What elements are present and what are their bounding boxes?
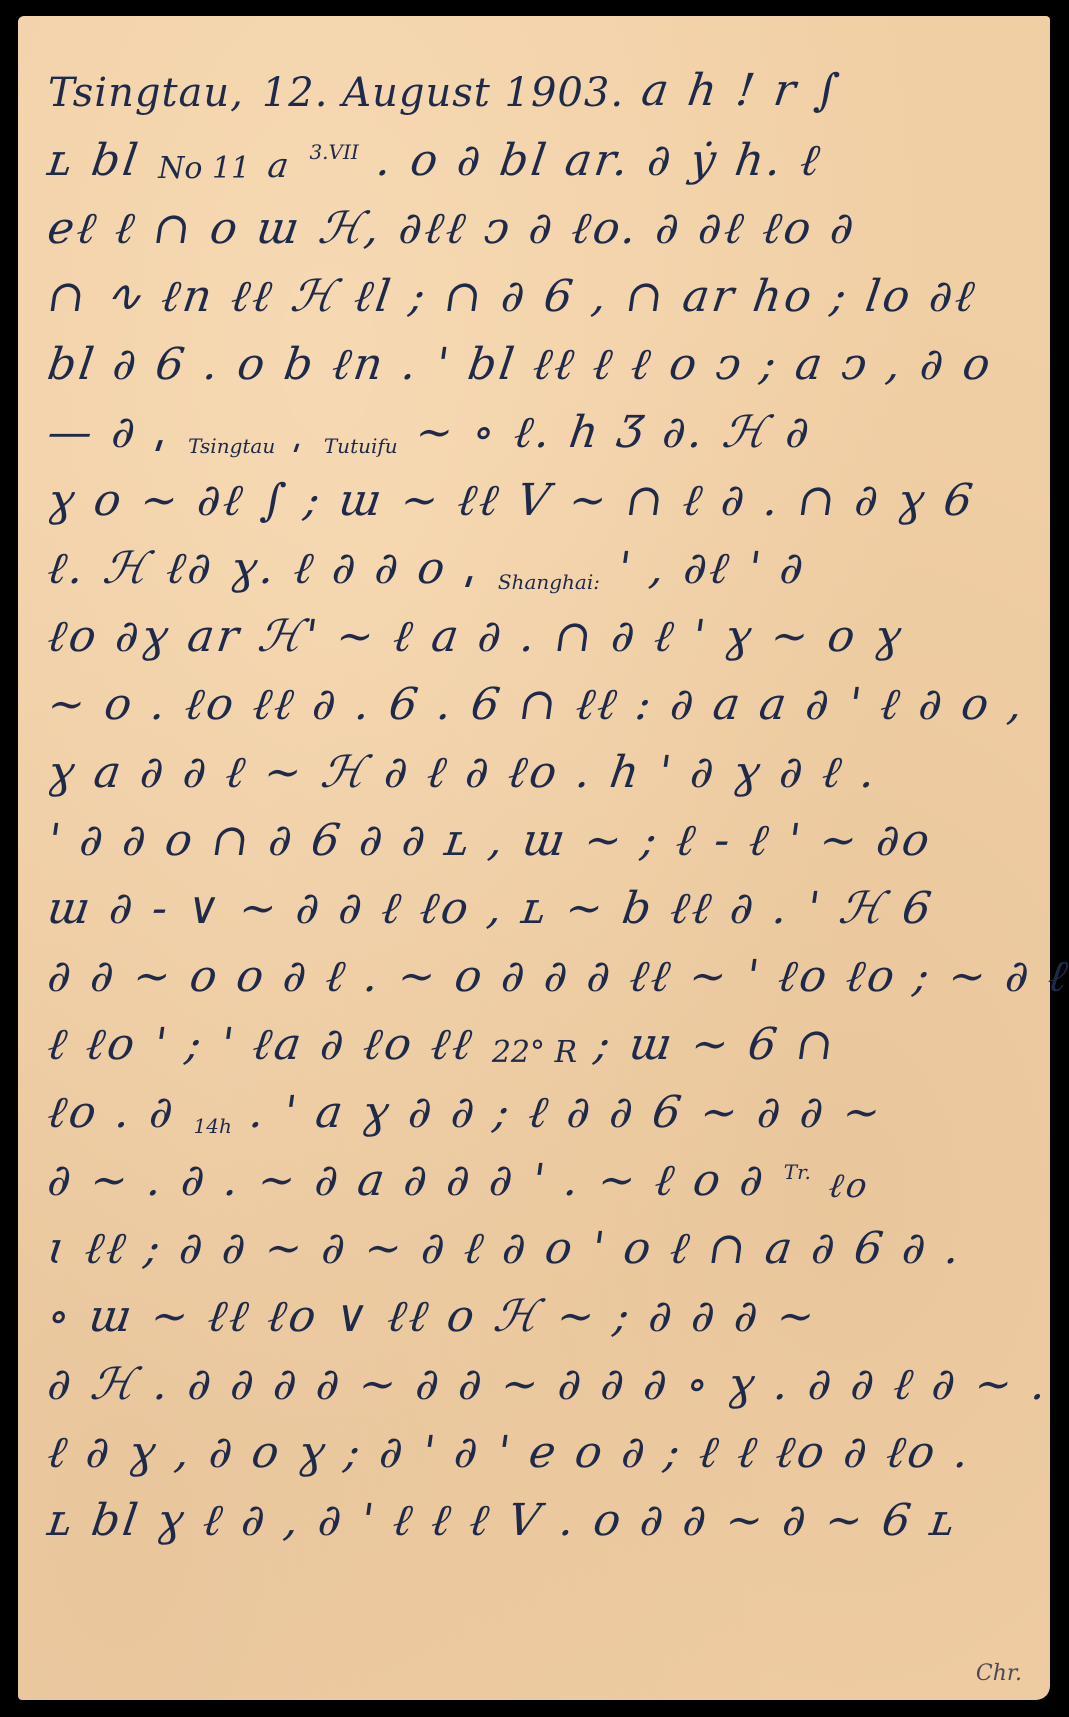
text-line-3: ∩ ∿ ℓn ℓℓ ℋ ℓl ; ∩ ∂ 6 , ∩ ar ho ; lo ∂ℓ — [48, 252, 1026, 322]
text-line-7: ℓ. ℋ ℓ∂ ɣ. ℓ ∂ ∂ o ˌ Shanghai: ' , ∂ℓ ' … — [48, 524, 1026, 594]
signature: Chr. — [976, 1661, 1022, 1686]
text-line-14: ℓ ℓo ' ; ' ℓa ∂ ℓo ℓℓ 22° R ; ɯ ∼ 6 ∩ — [48, 1000, 1026, 1070]
text-line-21: ʟ bl ɣ ℓ ∂ , ∂ ' ℓ ℓ ℓ V . o ∂ ∂ ∼ ∂ ∼ 6… — [48, 1476, 1026, 1546]
shorthand-text: ɯ ∂ - ∨ ∼ ∂ ∂ ℓ ℓo , ʟ ∼ b ℓℓ ∂ . ' ℋ 6 — [44, 883, 937, 934]
text-line-17: ɩ ℓℓ ; ∂ ∂ ∼ ∂ ∼ ∂ ℓ ∂ o ' o ℓ ∩ a ∂ 6 ∂… — [48, 1204, 1026, 1274]
shorthand-text: ℓ. ℋ ℓ∂ ɣ. ℓ ∂ ∂ o ˌ — [44, 543, 483, 594]
shorthand-text: eℓ ℓ ∩ o ɯ ℋ, ∂ℓℓ ↄ ∂ ℓo. ∂ ∂ℓ ℓo ∂ — [44, 203, 859, 254]
shorthand-text: ∘ ɯ ∼ ℓℓ ℓo ∨ ℓℓ o ℋ ∼ ; ∂ ∂ ∂ ∼ — [44, 1291, 820, 1342]
shorthand-text: a — [265, 146, 294, 186]
shorthand-text: ∂ ∂ ∼ o o ∂ ℓ . ∼ o ∂ ∂ ∂ ℓℓ ∼ ' ℓo ℓo ;… — [44, 951, 1069, 1002]
text-line-18: ∘ ɯ ∼ ℓℓ ℓo ∨ ℓℓ o ℋ ∼ ; ∂ ∂ ∂ ∼ — [48, 1272, 1026, 1342]
shorthand-text: ∼ ∘ ℓ. h Ʒ ∂. ℋ ∂ — [412, 407, 815, 458]
reference-date: 3.VII — [309, 140, 358, 164]
shorthand-text: ∂ ℋ . ∂ ∂ ∂ ∂ ∼ ∂ ∂ ∼ ∂ ∂ ∂ ∘ ɣ . ∂ ∂ ℓ … — [44, 1359, 1052, 1410]
date-heading: 12. August 1903. — [262, 70, 624, 116]
shorthand-text: ʟ bl ɣ ℓ ∂ , ∂ ' ℓ ℓ ℓ V . o ∂ ∂ ∼ ∂ ∼ 6… — [44, 1495, 960, 1546]
text-line-2: eℓ ℓ ∩ o ɯ ℋ, ∂ℓℓ ↄ ∂ ℓo. ∂ ∂ℓ ℓo ∂ — [48, 184, 1026, 254]
shorthand-text: ; ɯ ∼ 6 ∩ — [592, 1019, 840, 1070]
shorthand-text: ∼ o . ℓo ℓℓ ∂ . 6 . 6 ∩ ℓℓ : ∂ a a ∂ ' ℓ… — [44, 679, 1028, 730]
temperature-value: 22° R — [492, 1035, 577, 1070]
shorthand-text: bl ∂ 6 . o b ℓn . ' bl ℓℓ ℓ ℓ o ↄ ; a ↄ … — [44, 339, 996, 390]
shorthand-text: ʟ bl — [44, 135, 143, 186]
shorthand-text: ℓ ∂ ɣ , ∂ o ɣ ; ∂ ' ∂ ' e o ∂ ; ℓ ℓ ℓo ∂… — [44, 1427, 975, 1478]
text-line-16: ∂ ∼ . ∂ . ∼ ∂ a ∂ ∂ ∂ ' . ∼ ℓ o ∂ Tr. ℓo — [48, 1136, 1026, 1206]
text-line-10: ɣ a ∂ ∂ ℓ ∼ ℋ ∂ ℓ ∂ ℓo . h ' ∂ ɣ ∂ ℓ . — [48, 728, 1026, 798]
shorthand-text: . o ∂ bl ar. ∂ ẏ h. ℓ — [373, 135, 825, 186]
shorthand-text: a h ! r ∫ — [638, 65, 844, 116]
place-name-tutuifu: Tutuifu — [324, 434, 398, 458]
text-line-4: bl ∂ 6 . o b ℓn . ' bl ℓℓ ℓ ℓ o ↄ ; a ↄ … — [48, 320, 1026, 390]
place-name-shanghai: Shanghai: — [498, 570, 600, 594]
hours-value: 14h — [194, 1114, 232, 1138]
heading-line: Tsingtau, 12. August 1903. a h ! r ∫ — [48, 46, 1026, 116]
text-line-19: ∂ ℋ . ∂ ∂ ∂ ∂ ∼ ∂ ∂ ∼ ∂ ∂ ∂ ∘ ɣ . ∂ ∂ ℓ … — [48, 1340, 1026, 1410]
text-line-6: ɣ o ∼ ∂ℓ ∫ ; ɯ ∼ ℓℓ V ∼ ∩ ℓ ∂ . ∩ ∂ ɣ 6 — [48, 456, 1026, 526]
shorthand-text: ℓ ℓo ' ; ' ℓa ∂ ℓo ℓℓ — [44, 1019, 477, 1070]
place-heading: Tsingtau, — [48, 70, 244, 116]
shorthand-text: ∂ ∼ . ∂ . ∼ ∂ a ∂ ∂ ∂ ' . ∼ ℓ o ∂ — [44, 1155, 769, 1206]
text-line-1: ʟ bl No 11 a 3.VII . o ∂ bl ar. ∂ ẏ h. ℓ — [48, 116, 1026, 186]
shorthand-text: . ' a ɣ ∂ ∂ ; ℓ ∂ ∂ 6 ∼ ∂ ∂ ∼ — [246, 1087, 886, 1138]
text-line-11: ' ∂ ∂ o ∩ ∂ 6 ∂ ∂ ʟ , ɯ ∼ ; ℓ - ℓ ' ∼ ∂o — [48, 796, 1026, 866]
text-line-13: ∂ ∂ ∼ o o ∂ ℓ . ∼ o ∂ ∂ ∂ ℓℓ ∼ ' ℓo ℓo ;… — [48, 932, 1026, 1002]
shorthand-text: ' , ∂ℓ ' ∂ — [614, 543, 809, 594]
text-line-20: ℓ ∂ ɣ , ∂ o ɣ ; ∂ ' ∂ ' e o ∂ ; ℓ ℓ ℓo ∂… — [48, 1408, 1026, 1478]
shorthand-text: ɣ a ∂ ∂ ℓ ∼ ℋ ∂ ℓ ∂ ℓo . h ' ∂ ɣ ∂ ℓ . — [44, 747, 881, 798]
letter-number: No 11 — [158, 151, 250, 186]
text-line-8: ℓo ∂ɣ ar ℋ' ∼ ℓ a ∂ . ∩ ∂ ℓ ' ɣ ∼ o ɣ — [48, 592, 1026, 662]
shorthand-text: ∩ ∿ ℓn ℓℓ ℋ ℓl ; ∩ ∂ 6 , ∩ ar ho ; lo ∂ℓ — [44, 271, 980, 322]
shorthand-text: — ∂ ˌ — [44, 407, 173, 458]
shorthand-text: ' ∂ ∂ o ∩ ∂ 6 ∂ ∂ ʟ , ɯ ∼ ; ℓ - ℓ ' ∼ ∂o — [44, 815, 935, 866]
shorthand-text: ɩ ℓℓ ; ∂ ∂ ∼ ∂ ∼ ∂ ℓ ∂ o ' o ℓ ∩ a ∂ 6 ∂… — [44, 1223, 965, 1274]
postcard: Tsingtau, 12. August 1903. a h ! r ∫ ʟ b… — [18, 16, 1050, 1700]
place-name-tsingtau: Tsingtau — [188, 434, 275, 458]
text-line-5: — ∂ ˌ Tsingtau ˌ Tutuifu ∼ ∘ ℓ. h Ʒ ∂. ℋ… — [48, 388, 1026, 458]
text-line-12: ɯ ∂ - ∨ ∼ ∂ ∂ ℓ ℓo , ʟ ∼ b ℓℓ ∂ . ' ℋ 6 — [48, 864, 1026, 934]
text-line-9: ∼ o . ℓo ℓℓ ∂ . 6 . 6 ∩ ℓℓ : ∂ a a ∂ ' ℓ… — [48, 660, 1026, 730]
abbreviation-tr: Tr. — [784, 1160, 811, 1184]
shorthand-text: ɣ o ∼ ∂ℓ ∫ ; ɯ ∼ ℓℓ V ∼ ∩ ℓ ∂ . ∩ ∂ ɣ 6 — [44, 475, 978, 526]
shorthand-text: ℓo ∂ɣ ar ℋ' ∼ ℓ a ∂ . ∩ ∂ ℓ ' ɣ ∼ o ɣ — [44, 611, 907, 662]
shorthand-text: ℓo . ∂ — [44, 1087, 179, 1138]
shorthand-text: ℓo — [826, 1166, 872, 1206]
text-line-15: ℓo . ∂ 14h . ' a ɣ ∂ ∂ ; ℓ ∂ ∂ 6 ∼ ∂ ∂ ∼ — [48, 1068, 1026, 1138]
shorthand-text: ˌ — [290, 418, 308, 458]
